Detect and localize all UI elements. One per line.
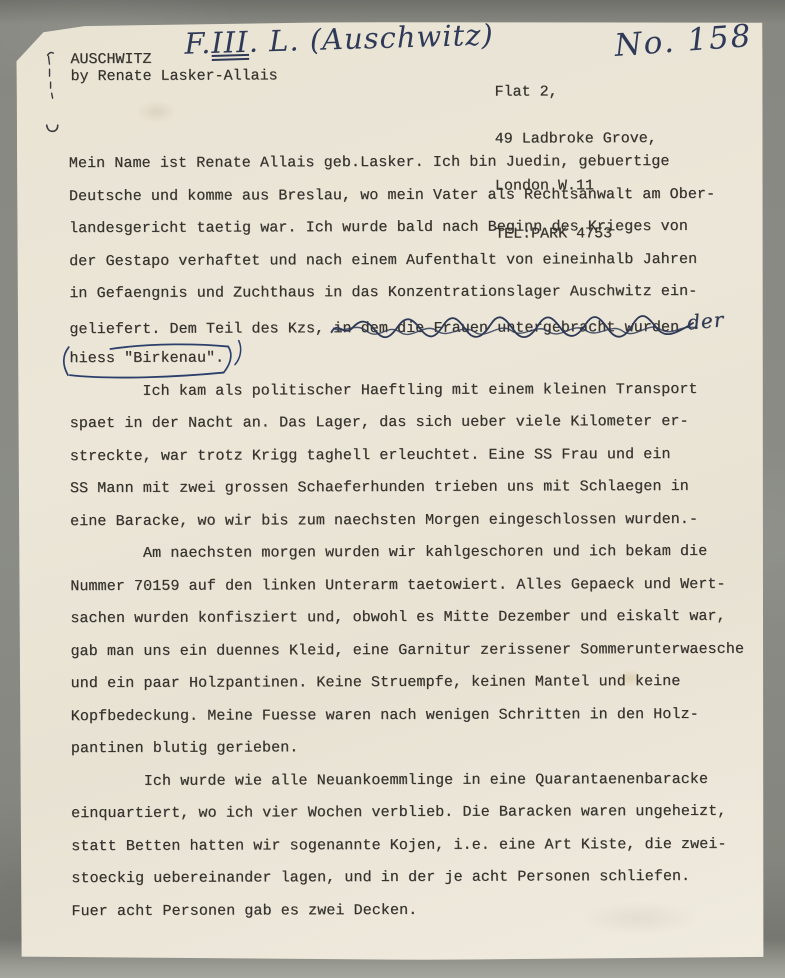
typed-line: Deutsche und komme aus Breslau, wo mein … (69, 183, 743, 218)
document-page: F.III. L. (Auschwitz) No. 158 AUSCHWITZb… (16, 21, 765, 962)
boxed-phrase-text: "Birkenau". (124, 350, 224, 367)
testimony-body: Mein Name ist Renate Allais geb.Lasker. … (69, 151, 745, 933)
boxed-phrase: hiess "Birkenau". (69, 348, 224, 370)
typed-line: in Gefaengnis und Zuchthaus in das Konze… (69, 281, 743, 316)
margin-ink-marks (40, 47, 66, 157)
typed-line-boxed: hiess "Birkenau". (69, 346, 743, 381)
typed-line: eine Baracke, wo wir bis zum naechsten M… (70, 508, 744, 543)
typed-line: Mein Name ist Renate Allais geb.Lasker. … (69, 151, 743, 186)
typed-line: gab man uns ein duennes Kleid, eine Garn… (71, 638, 745, 673)
typed-line: Am naechsten morgen wurden wir kahlgesch… (70, 541, 744, 576)
typed-line-with-correction: geliefert. Dem Teil des Kzs, in dem die … (69, 313, 743, 348)
document-title-block: AUSCHWITZby Renate Lasker-Allais (70, 50, 277, 85)
typed-segment: geliefert. Dem Teil des Kzs, (69, 320, 333, 338)
handwritten-insert: der (686, 309, 725, 333)
struck-typed-segment: in dem die Frauen untergebracht wurden (333, 316, 679, 338)
typed-line: Ich kam als politischer Haeftling mit ei… (70, 378, 744, 413)
typed-line: streckte, war trotz Krigg taghell erleuc… (70, 443, 744, 478)
typed-line: Ich wurde wie alle Neuankoemmlinge in ei… (71, 768, 745, 803)
scanned-document-photo: { "colors": { "mount_gray": "#8b8c86", "… (0, 0, 785, 978)
document-byline: by Renate Lasker-Allais (71, 67, 278, 85)
typed-line: stoeckig uebereinander lagen, und in der… (71, 866, 745, 901)
typed-line: Nummer 70159 auf den linken Unterarm tae… (70, 573, 744, 608)
struck-text: in dem die Frauen untergebracht wurden (333, 318, 679, 336)
address-line: 49 Ladbroke Grove, (495, 131, 657, 147)
typed-line: spaet in der Nacht an. Das Lager, das si… (70, 411, 744, 446)
typed-line: Kopfbedeckung. Meine Fuesse waren nach w… (71, 703, 745, 738)
paper-stain (137, 101, 177, 123)
address-line: Flat 2, (495, 84, 657, 100)
file-ref-parenthetical: (Auschwitz) (299, 18, 494, 58)
typed-line: und ein paar Holzpantinen. Keine Struemp… (71, 671, 745, 706)
typed-line: landesgericht taetig war. Ich wurde bald… (69, 216, 743, 251)
typed-line: SS Mann mit zwei grossen Schaeferhunden … (70, 476, 744, 511)
typed-line: Fuer acht Personen gab es zwei Decken. (71, 898, 745, 933)
typed-line: statt Betten hatten wir sogenannte Kojen… (71, 833, 745, 868)
typed-line: der Gestapo verhaftet und nach einem Auf… (69, 248, 743, 283)
typed-line: sachen wurden konfisziert und, obwohl es… (70, 606, 744, 641)
boxed-phrase-pre: hiess (70, 350, 125, 367)
typed-line: pantinen blutig gerieben. (71, 736, 745, 771)
document-title: AUSCHWITZ (70, 50, 277, 68)
typed-line: einquartiert, wo ich vier Wochen verblie… (71, 801, 745, 836)
